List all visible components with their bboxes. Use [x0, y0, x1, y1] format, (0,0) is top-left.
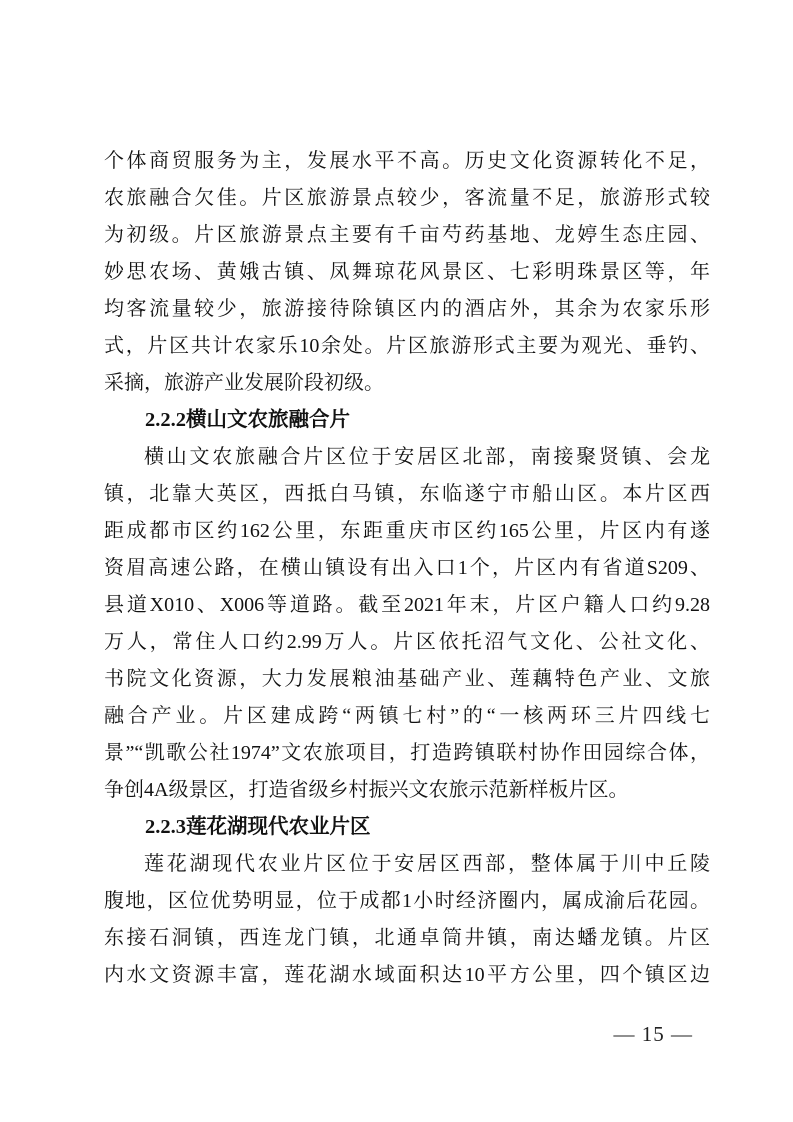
text-line: 镇，北靠大英区，西抵白马镇，东临遂宁市船山区。本片区西: [104, 476, 710, 513]
text-line: 式，片区共计农家乐10余处。片区旅游形式主要为观光、垂钓、: [104, 328, 710, 365]
text-line: 横山文农旅融合片区位于安居区北部，南接聚贤镇、会龙: [104, 439, 710, 476]
text-line: 县道X010、X006等道路。截至2021年末，片区户籍人口约9.28: [104, 587, 710, 624]
section-heading: 2.2.2横山文农旅融合片: [104, 402, 710, 439]
text-line: 距成都市区约162公里，东距重庆市区约165公里，片区内有遂: [104, 513, 710, 550]
document-body: 个体商贸服务为主，发展水平不高。历史文化资源转化不足，农旅融合欠佳。片区旅游景点…: [104, 143, 710, 994]
text-line: 融合产业。片区建成跨“两镇七村”的“一核两环三片四线七: [104, 698, 710, 735]
text-line: 争创4A级景区，打造省级乡村振兴文农旅示范新样板片区。: [104, 772, 710, 809]
text-line: 均客流量较少，旅游接待除镇区内的酒店外，其余为农家乐形: [104, 291, 710, 328]
text-line: 资眉高速公路，在横山镇设有出入口1个，片区内有省道S209、: [104, 550, 710, 587]
text-line: 万人，常住人口约2.99万人。片区依托沼气文化、公社文化、: [104, 624, 710, 661]
section-heading: 2.2.3莲花湖现代农业片区: [104, 809, 710, 846]
text-line: 景”“凯歌公社1974”文农旅项目，打造跨镇联村协作田园综合体，: [104, 735, 710, 772]
document-page: 个体商贸服务为主，发展水平不高。历史文化资源转化不足，农旅融合欠佳。片区旅游景点…: [0, 0, 793, 1122]
text-line: 腹地，区位优势明显，位于成都1小时经济圈内，属成渝后花园。: [104, 883, 710, 920]
text-line: 采摘，旅游产业发展阶段初级。: [104, 365, 710, 402]
text-line: 农旅融合欠佳。片区旅游景点较少，客流量不足，旅游形式较: [104, 180, 710, 217]
text-line: 东接石洞镇，西连龙门镇，北通卓筒井镇，南达蟠龙镇。片区: [104, 920, 710, 957]
text-line: 个体商贸服务为主，发展水平不高。历史文化资源转化不足，: [104, 143, 710, 180]
page-number: — 15 —: [614, 1020, 694, 1048]
text-line: 内水文资源丰富，莲花湖水域面积达10平方公里，四个镇区边: [104, 957, 710, 994]
text-line: 莲花湖现代农业片区位于安居区西部，整体属于川中丘陵: [104, 846, 710, 883]
text-line: 书院文化资源，大力发展粮油基础产业、莲藕特色产业、文旅: [104, 661, 710, 698]
text-line: 妙思农场、黄娥古镇、凤舞琼花风景区、七彩明珠景区等，年: [104, 254, 710, 291]
text-line: 为初级。片区旅游景点主要有千亩芍药基地、龙婷生态庄园、: [104, 217, 710, 254]
